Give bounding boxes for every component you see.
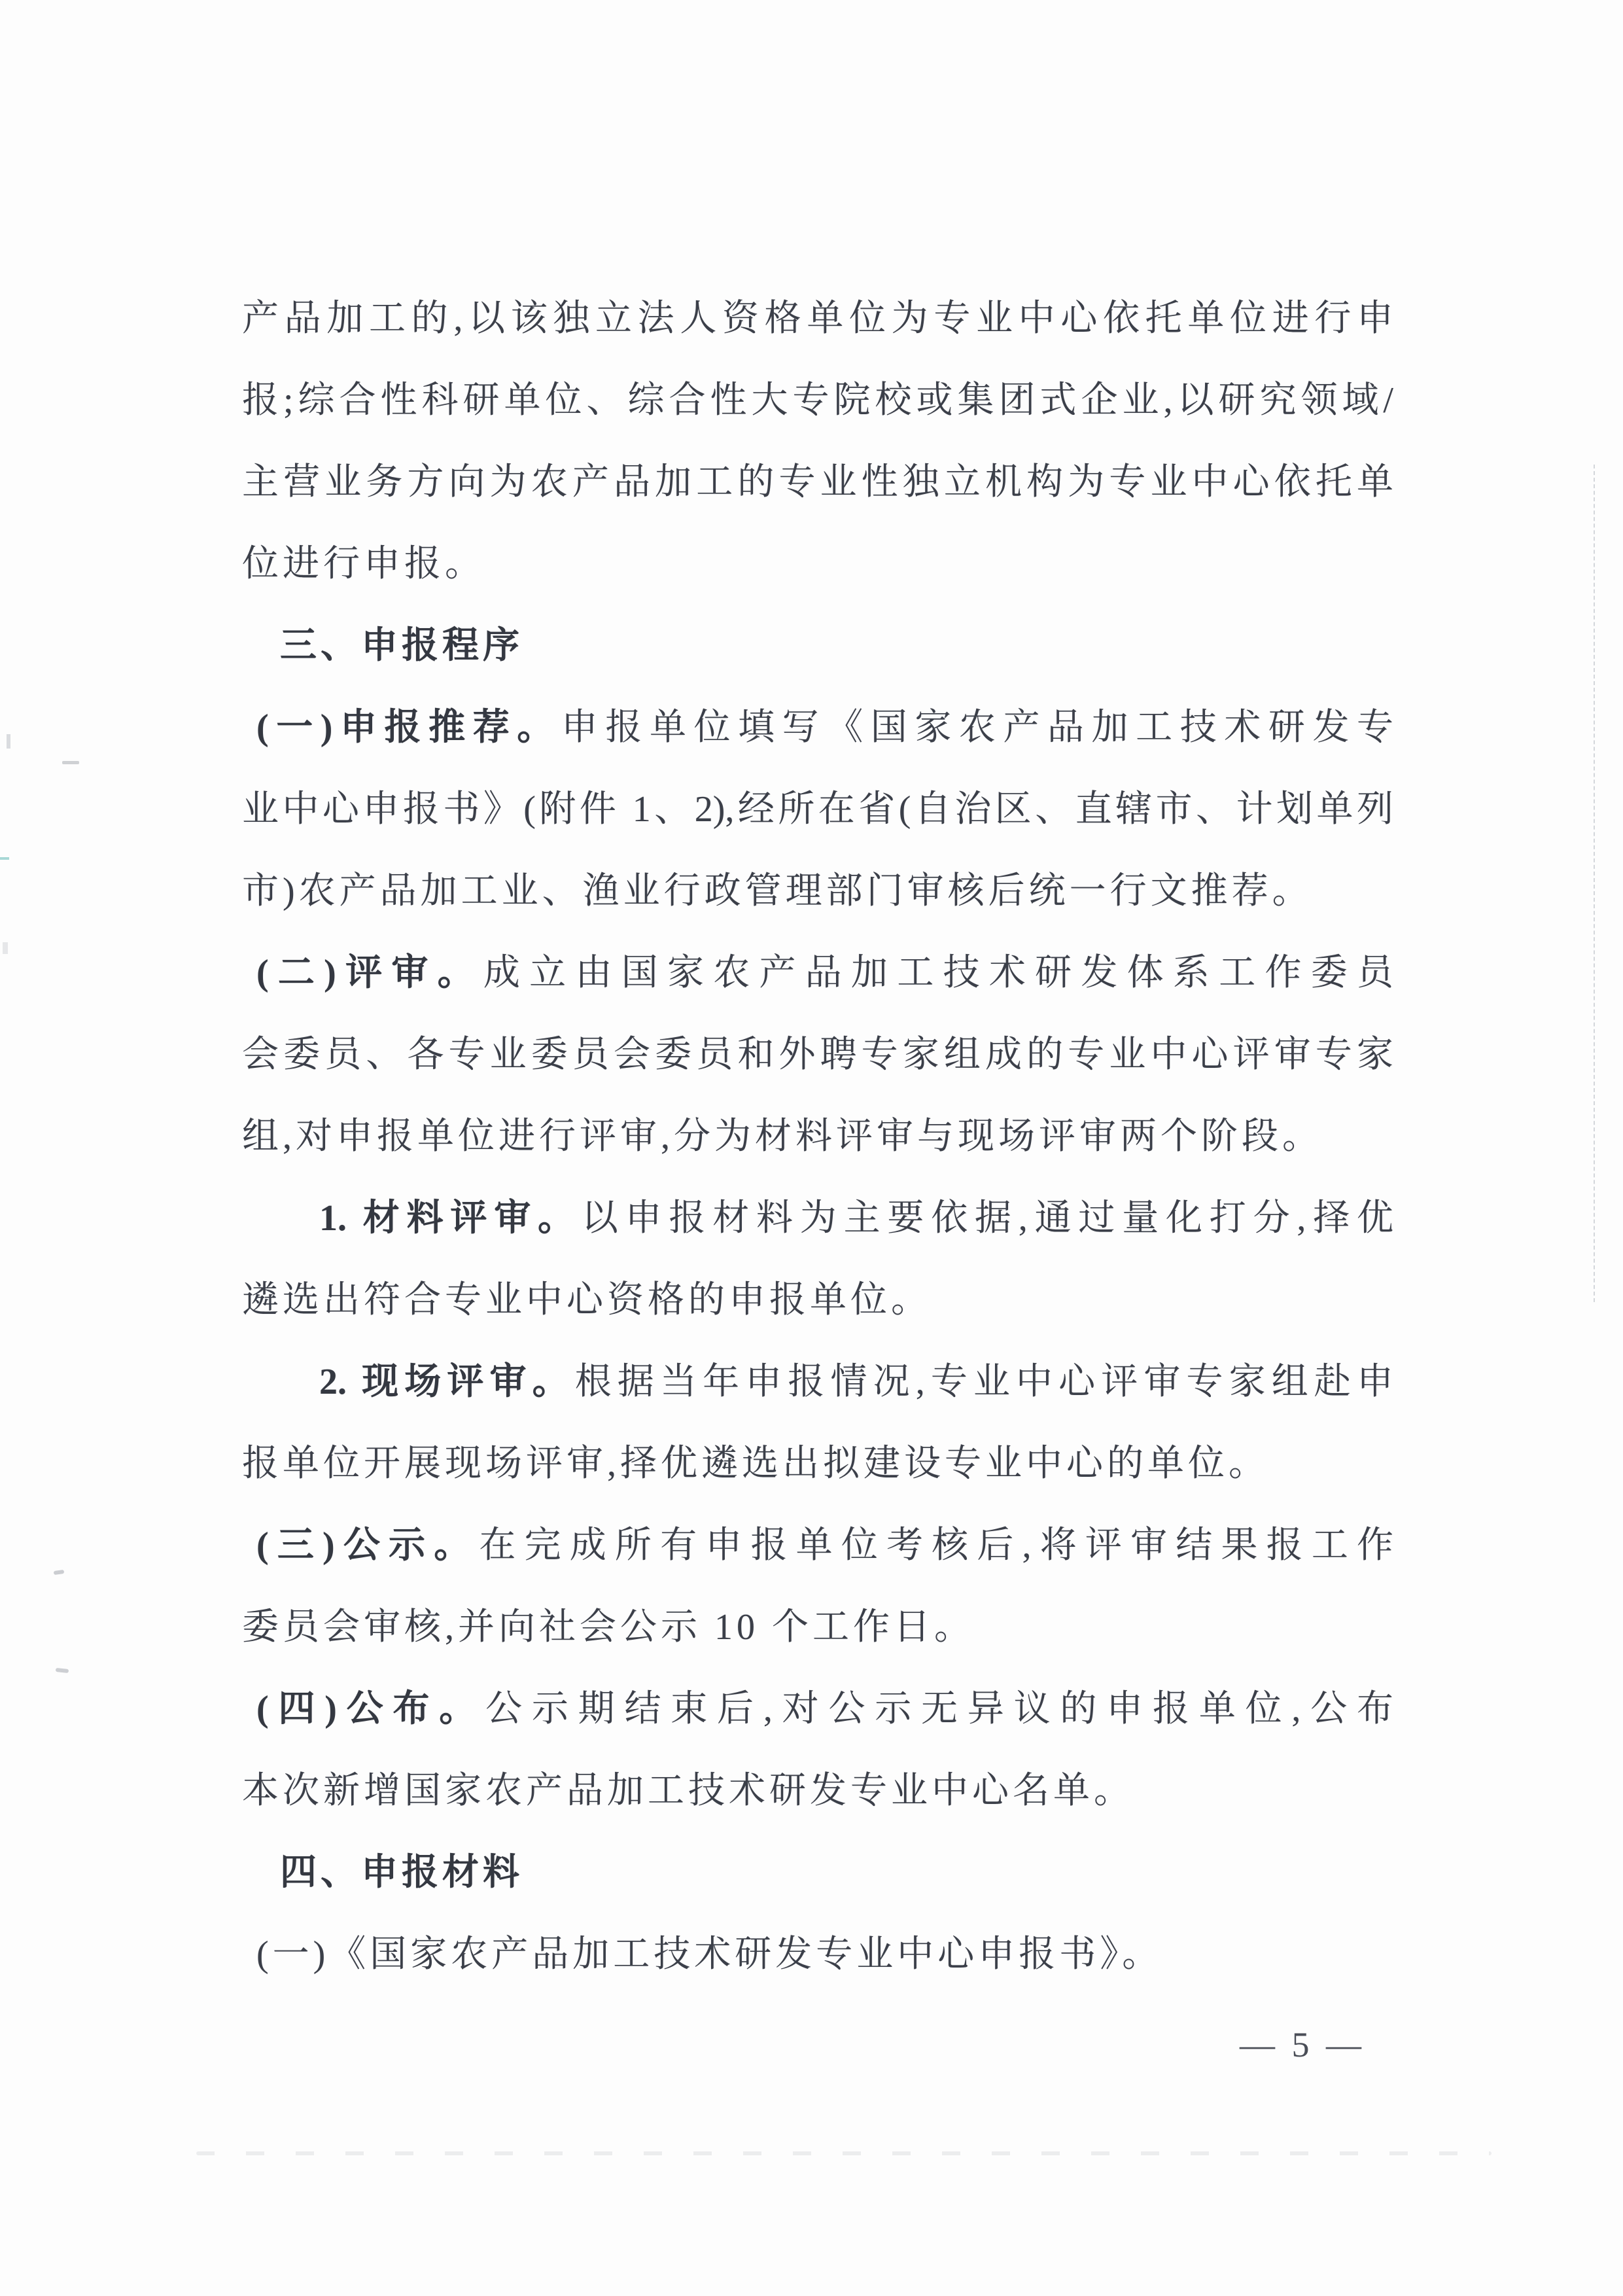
text-line: 业中心申报书》(附件 1、2),经所在省(自治区、直辖市、计划单列 [242,769,1393,851]
scan-artifact-smudge [196,2151,1492,2155]
text-line: 遴选出符合专业中心资格的申报单位。 [242,1260,1393,1341]
text-line: 主营业务方向为农产品加工的专业性独立机构为专业中心依托单 [242,442,1393,523]
text-line: 本次新增国家农产品加工技术研发专业中心名单。 [242,1750,1393,1832]
scan-artifact [7,734,10,749]
text-line: 会委员、各专业委员会委员和外聘专家组成的专业中心评审专家 [242,1014,1393,1096]
section-heading: 三、申报程序 [242,605,1393,687]
text-line: (四)公布。公示期结束后,对公示无异议的申报单位,公布 [242,1669,1393,1750]
scan-artifact-dotted-line [1594,465,1595,1302]
text-line: (二)评审。成立由国家农产品加工技术研发体系工作委员 [242,932,1393,1014]
text-line: 位进行申报。 [242,523,1393,605]
text-line: 产品加工的,以该独立法人资格单位为专业中心依托单位进行申 [242,278,1393,360]
scan-artifact [62,761,79,764]
text-line: (一)《国家农产品加工技术研发专业中心申报书》。 [242,1914,1393,1996]
text-line: 2. 现场评审。根据当年申报情况,专业中心评审专家组赴申 [242,1341,1393,1423]
document-page: 产品加工的,以该独立法人资格单位为专业中心依托单位进行申 报;综合性科研单位、综… [0,0,1623,2296]
text-line: (一)申报推荐。申报单位填写《国家农产品加工技术研发专 [242,687,1393,769]
text-line: 1. 材料评审。以申报材料为主要依据,通过量化打分,择优 [242,1178,1393,1260]
text-line: 报单位开展现场评审,择优遴选出拟建设专业中心的单位。 [242,1423,1393,1505]
text-line: 委员会审核,并向社会公示 10 个工作日。 [242,1587,1393,1669]
text-line: (三)公示。在完成所有申报单位考核后,将评审结果报工作 [242,1505,1393,1587]
text-line: 组,对申报单位进行评审,分为材料评审与现场评审两个阶段。 [242,1096,1393,1178]
section-heading: 四、申报材料 [242,1832,1393,1914]
scan-artifact [3,942,8,954]
scan-artifact [56,1668,69,1673]
scan-artifact [54,1570,65,1575]
text-line: 市)农产品加工业、渔业行政管理部门审核后统一行文推荐。 [242,851,1393,932]
body-text: 产品加工的,以该独立法人资格单位为专业中心依托单位进行申 报;综合性科研单位、综… [242,278,1393,1996]
scan-artifact [0,857,9,860]
page-number: — 5 — [1240,2019,1436,2071]
text-line: 报;综合性科研单位、综合性大专院校或集团式企业,以研究领域/ [242,360,1393,442]
